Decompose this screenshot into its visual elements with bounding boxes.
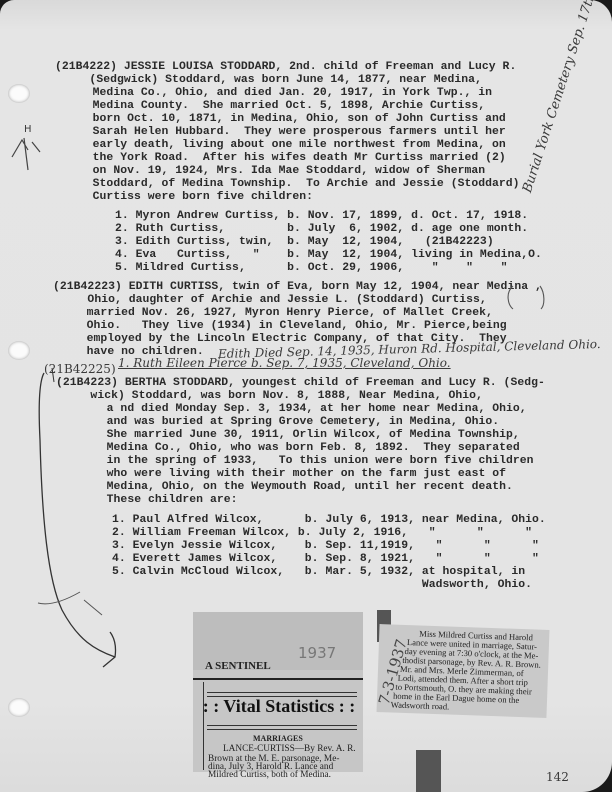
clipping-line: Mildred Curtiss, both of Medina. <box>208 770 331 780</box>
clipping-subheading: MARRIAGES <box>253 734 303 744</box>
newspaper-clipping-vital-statistics: A SENTINEL 1937 : : Vital Statistics : :… <box>193 612 363 772</box>
handwritten-year: 1937 <box>298 644 336 662</box>
divider <box>193 678 363 680</box>
scrapbook-page: (21B4222) JESSIE LOUISA STODDARD, 2nd. c… <box>0 0 612 792</box>
divider <box>207 725 357 730</box>
page-number: 142 <box>546 770 569 784</box>
tape-tab <box>416 750 441 792</box>
masthead: A SENTINEL <box>205 660 271 672</box>
clipping-line: Wadsworth road. <box>391 701 450 712</box>
clipping-heading: : : Vital Statistics : : <box>199 696 359 717</box>
clipping-line: LANCE-CURTISS—By Rev. A. R. <box>223 744 356 754</box>
newspaper-clipping-wedding: 7-3-1937 Miss Mildred Curtiss and Harold… <box>377 624 550 718</box>
